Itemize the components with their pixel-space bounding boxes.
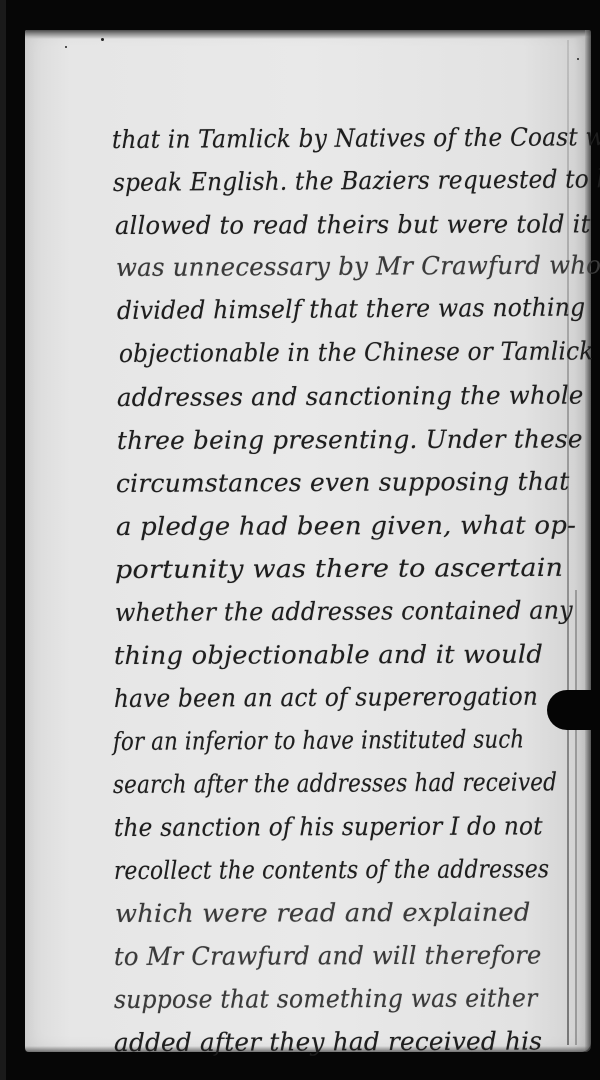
text-line: search after the addresses had received	[113, 769, 557, 797]
text-line: was unnecessary by Mr Crawfurd who	[116, 252, 600, 280]
scan-left-border	[0, 0, 6, 1080]
handwritten-text-block: that in Tamlick by Natives of the Coast …	[25, 30, 591, 1052]
text-line: suppose that something was either	[114, 985, 538, 1012]
text-line: have been an act of supererogation	[114, 684, 538, 711]
text-line: thing objectionable and it would	[114, 642, 543, 668]
text-line: circumstances even supposing that	[116, 469, 570, 496]
text-line: addresses and sanctioning the whole	[117, 383, 584, 410]
text-line: for an inferior to have instituted such	[113, 726, 524, 754]
text-line: to Mr Crawfurd and will therefore	[114, 942, 542, 969]
text-line: which were read and explained	[115, 900, 531, 926]
text-line: recollect the contents of the addresses	[114, 856, 549, 883]
text-line: a pledge had been given, what op-	[116, 512, 576, 539]
text-line: that in Tamlick by Natives of the Coast …	[112, 124, 600, 152]
text-line: speak English. the Baziers requested to …	[113, 166, 600, 195]
text-line: allowed to read theirs but were told it	[115, 211, 591, 238]
text-line: divided himself that there was nothing	[117, 295, 586, 323]
text-line: added after they had received his	[114, 1028, 542, 1055]
binding-clip	[547, 690, 600, 730]
text-line: whether the addresses contained any	[115, 597, 573, 625]
text-line: three being presenting. Under these	[117, 426, 583, 453]
text-line: portunity was there to ascertain	[115, 555, 563, 582]
text-line: the sanction of his superior I do not	[114, 813, 543, 840]
text-line: objectionable in the Chinese or Tamlick	[119, 338, 594, 366]
manuscript-page: that in Tamlick by Natives of the Coast …	[25, 30, 591, 1052]
scan-viewport: that in Tamlick by Natives of the Coast …	[0, 0, 600, 1080]
